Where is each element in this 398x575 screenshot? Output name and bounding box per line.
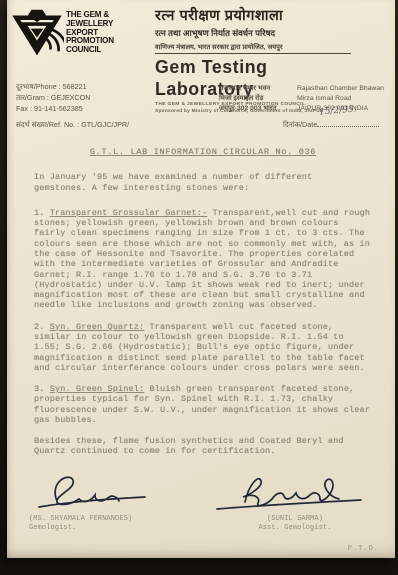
date-line: दिनांक/Date xyxy=(283,119,379,130)
address-english: Mirza Ismail Road xyxy=(297,94,397,104)
lab-title-hindi: रत्न परीक्षण प्रयोगशाला xyxy=(155,5,373,25)
stone-item-2: 2. Syn. Green Quartz: Transparent well c… xyxy=(34,322,372,373)
fax-number: 91-141-562385 xyxy=(34,104,83,113)
item-heading: Transparent Grossular Garnet:- xyxy=(50,208,208,218)
address-english: Rajasthan Chamber Bhawan xyxy=(297,84,397,94)
gjepc-logo: THE GEM & JEWELLERY EXPORT PROMOTION COU… xyxy=(10,6,116,62)
signer-name: (SUNIL SARMA) xyxy=(211,515,379,524)
address-row: जयपुर-302 003 भारत JAIPUR-302 003 INDIA xyxy=(219,104,397,114)
gram-line: तार/Gram : GEJEXCON xyxy=(16,93,90,104)
intro-paragraph: In January '95 we have examined a number… xyxy=(34,172,372,193)
stone-item-1: 1. Transparent Grossular Garnet:- Transp… xyxy=(34,208,372,311)
item-heading: Syn. Green Quartz: xyxy=(50,322,145,332)
item-heading: Syn. Green Spinel: xyxy=(50,384,145,394)
signer-name: (MS. SHYAMALA FERNANDES) xyxy=(29,515,199,524)
address-hindi: मिर्जा इस्माईल रोड xyxy=(219,94,297,104)
gram-label: तार/Gram : xyxy=(16,93,49,102)
signer-title: Gemologist. xyxy=(29,524,199,533)
circular-title: G.T.L. LAB INFORMATION CIRCULAR No. 036 xyxy=(34,147,372,157)
fax-line: Fax : 91-141-562385 xyxy=(16,104,90,115)
council-name-hindi: रत्न तथा आभूषण निर्यात संवर्धन परिषद xyxy=(155,28,373,39)
typed-body: G.T.L. LAB INFORMATION CIRCULAR No. 036 … xyxy=(34,147,372,457)
address-row: राजस्थान चैम्बर भवन Rajasthan Chamber Bh… xyxy=(219,84,397,94)
address-row: मिर्जा इस्माईल रोड Mirza Ismail Road xyxy=(219,94,397,104)
ref-value: GTL/GJC/JPR/ xyxy=(81,120,129,129)
sponsored-line-hindi: वाणिज्य मंत्रालय, भारत सरकार द्वारा प्रा… xyxy=(155,42,351,54)
item-number: 1. xyxy=(34,208,50,218)
closing-paragraph: Besides these, flame fusion synthetics a… xyxy=(34,436,372,457)
signature-right-icon xyxy=(211,497,366,514)
pto-note: P.T.O. xyxy=(348,545,379,553)
contact-block: दूरभाष/Phone : 568221 तार/Gram : GEJEXCO… xyxy=(16,82,90,114)
ref-label: संदर्भ संख्या/Ref. No. : xyxy=(16,120,79,129)
handwritten-date: 15/2/95. xyxy=(319,104,357,117)
date-dotted-rule xyxy=(317,119,379,127)
signature-left: (MS. SHYAMALA FERNANDES) Gemologist. xyxy=(29,470,199,534)
phone-number: 568221 xyxy=(63,82,87,91)
phone-label: दूरभाष/Phone : xyxy=(16,82,61,91)
gjepc-triangle-logo-icon xyxy=(10,6,64,62)
address-block: राजस्थान चैम्बर भवन Rajasthan Chamber Bh… xyxy=(219,84,397,115)
address-hindi: जयपुर-302 003 भारत xyxy=(219,104,297,114)
stone-item-3: 3. Syn. Green Spinel: Bluish green trans… xyxy=(34,384,372,425)
gram-value: GEJEXCON xyxy=(51,93,91,102)
signer-title: Asst. Gemologist. xyxy=(211,524,379,533)
signature-block: (MS. SHYAMALA FERNANDES) Gemologist. (SU… xyxy=(29,470,379,534)
phone-line: दूरभाष/Phone : 568221 xyxy=(16,82,90,93)
letter-page: THE GEM & JEWELLERY EXPORT PROMOTION COU… xyxy=(7,0,395,558)
scanned-letter: THE GEM & JEWELLERY EXPORT PROMOTION COU… xyxy=(0,0,398,575)
signature-right: (SUNIL SARMA) Asst. Gemologist. xyxy=(211,470,379,534)
address-hindi: राजस्थान चैम्बर भवन xyxy=(219,84,297,94)
fax-label: Fax : xyxy=(16,104,32,113)
date-label: दिनांक/Date xyxy=(283,120,317,129)
item-number: 3. xyxy=(34,384,50,394)
signature-left-icon xyxy=(29,497,169,514)
item-text: Transparent,well cut and rough stones; y… xyxy=(34,208,370,311)
logo-council-name: THE GEM & JEWELLERY EXPORT PROMOTION COU… xyxy=(66,10,114,62)
item-number: 2. xyxy=(34,322,50,332)
reference-line: संदर्भ संख्या/Ref. No. : GTL/GJC/JPR/ xyxy=(16,120,129,130)
logo-line: COUNCIL xyxy=(66,45,114,54)
